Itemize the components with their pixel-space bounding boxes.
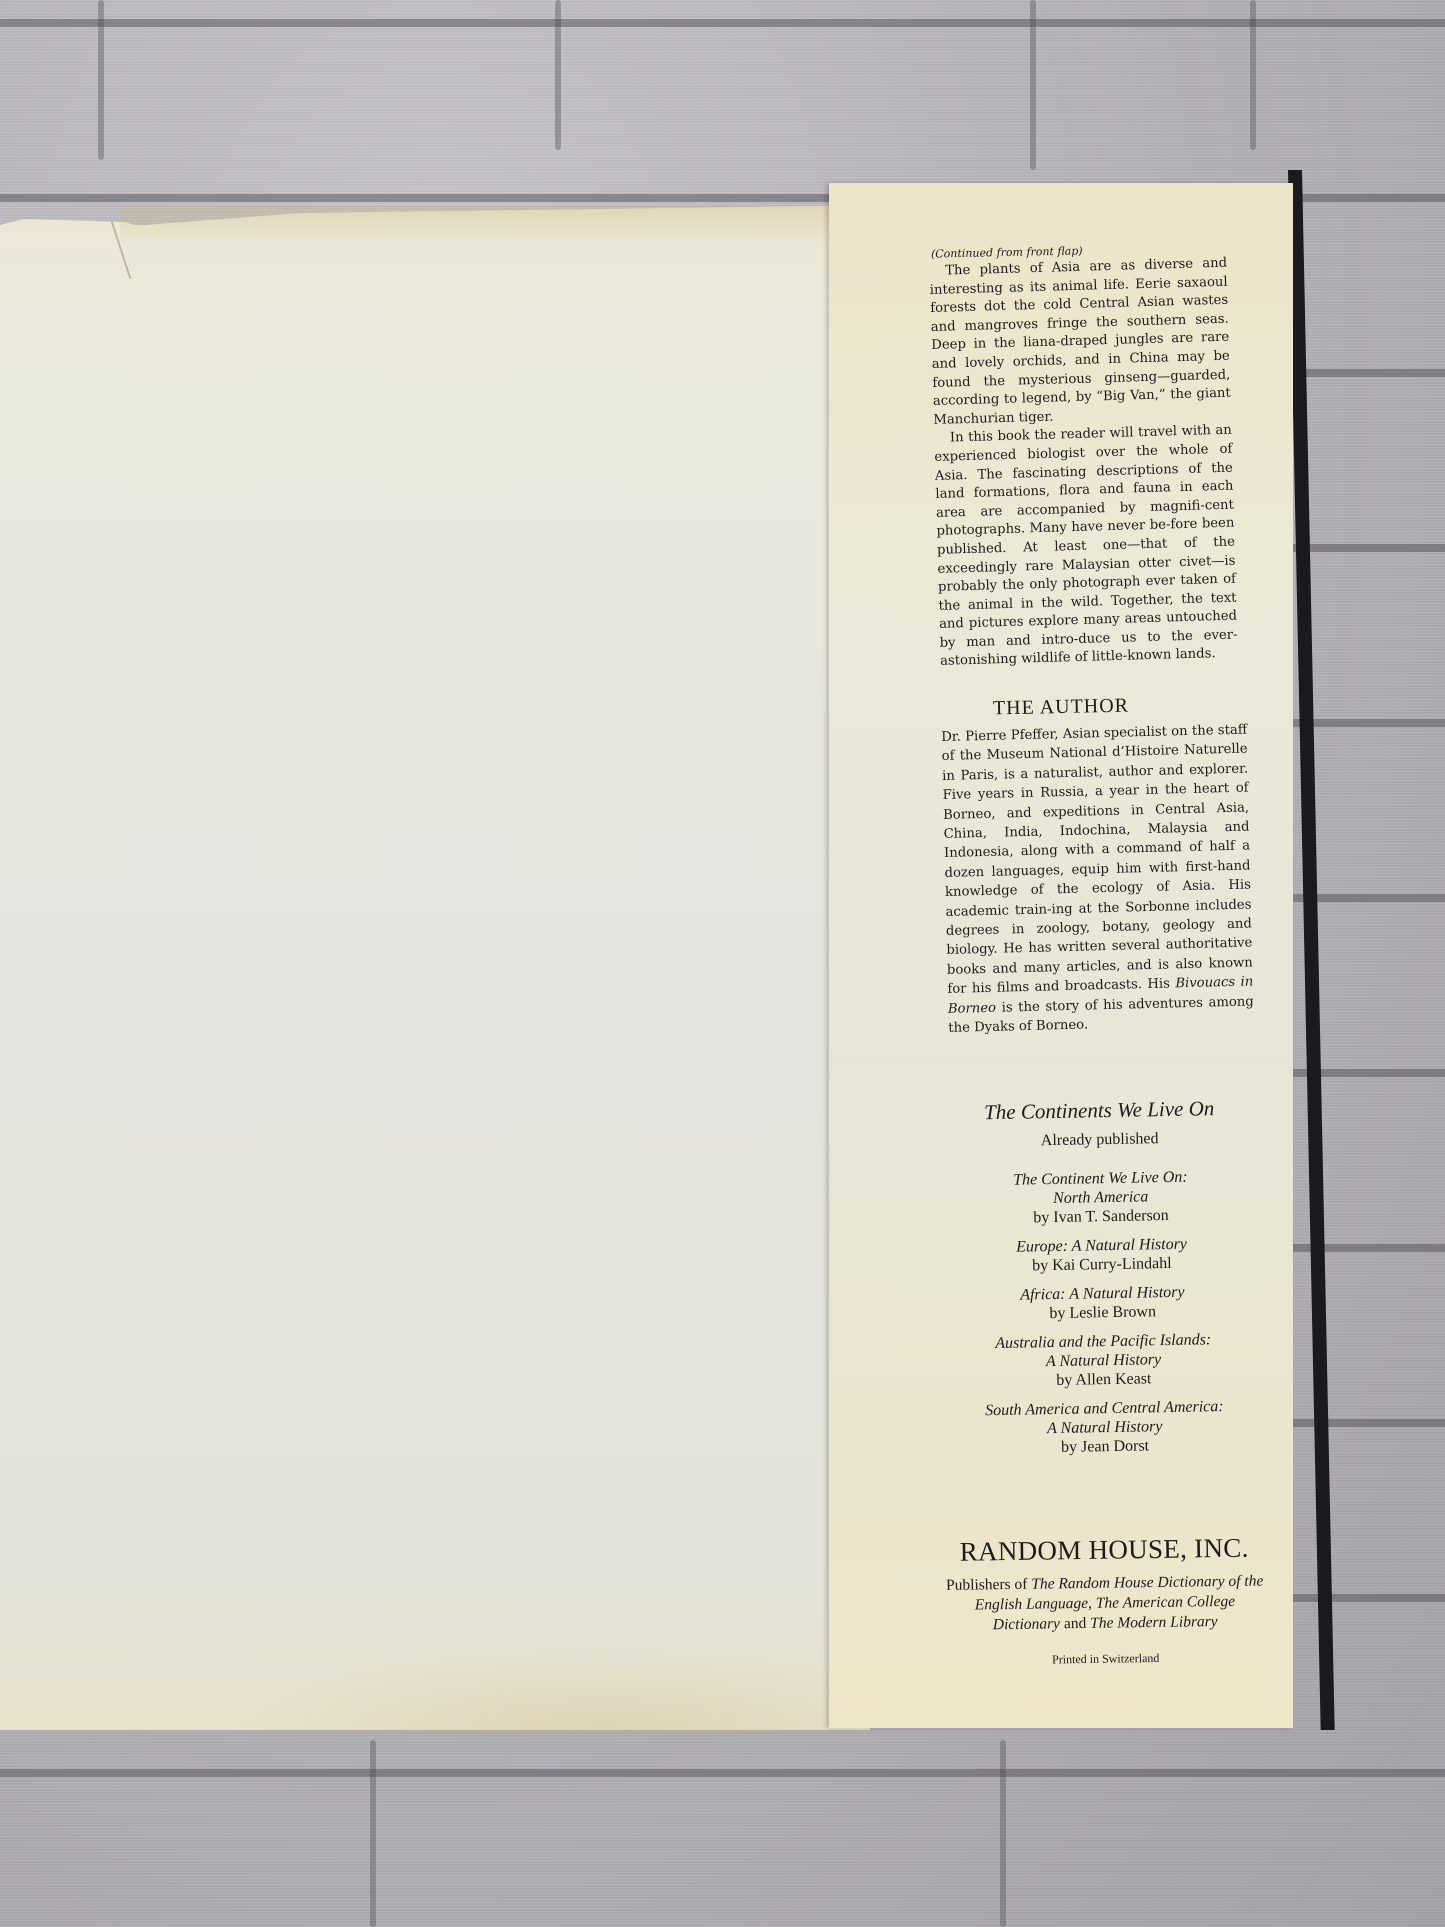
blurb-paragraph: The plants of Asia are as diverse and in… — [929, 255, 1232, 431]
brick-mortar-line — [1000, 1740, 1006, 1927]
brick-mortar-line — [98, 0, 104, 160]
publisher-desc-title: The Modern Library — [1090, 1613, 1218, 1632]
publisher-desc-text: and — [1060, 1615, 1090, 1632]
series-listing: The Continents We Live On Already publis… — [939, 1095, 1265, 1469]
brick-mortar-line — [370, 1740, 376, 1927]
publisher-name: RANDOM HOUSE, INC. — [939, 1532, 1269, 1568]
jacket-spine-edge — [1288, 170, 1335, 1730]
flap-blurb: The plants of Asia are as diverse and in… — [929, 255, 1238, 672]
book-entry: South America and Central America: A Nat… — [944, 1396, 1265, 1459]
continued-note: (Continued from front flap) — [931, 244, 1083, 260]
publisher-block: RANDOM HOUSE, INC. Publishers of The Ran… — [939, 1532, 1271, 1669]
series-subtitle: Already published — [940, 1128, 1260, 1152]
brick-mortar-line — [555, 0, 561, 150]
series-title: The Continents We Live On — [939, 1095, 1259, 1126]
author-bio-text: Dr. Pierre Pfeffer, Asian specialist on … — [941, 723, 1253, 998]
author-bio: Dr. Pierre Pfeffer, Asian specialist on … — [941, 721, 1254, 1039]
book-entry: Europe: A Natural History by Kai Curry-L… — [941, 1233, 1262, 1277]
publisher-description: Publishers of The Random House Dictionar… — [940, 1571, 1271, 1636]
publisher-desc-text: Publishers of — [946, 1576, 1031, 1594]
dust-jacket-inner-panel — [0, 205, 870, 1730]
book-entry: The Continent We Live On: North America … — [940, 1166, 1261, 1229]
printed-in-note: Printed in Switzerland — [941, 1649, 1271, 1669]
author-heading: THE AUTHOR — [829, 691, 1293, 724]
blurb-paragraph: In this book the reader will travel with… — [934, 422, 1239, 672]
book-entry: Australia and the Pacific Islands: A Nat… — [943, 1329, 1264, 1392]
book-list: The Continent We Live On: North America … — [940, 1166, 1265, 1459]
brick-mortar-line — [1250, 0, 1256, 150]
brick-mortar-line — [1030, 0, 1036, 170]
book-entry: Africa: A Natural History by Leslie Brow… — [942, 1281, 1263, 1325]
back-flap: (Continued from front flap) The plants o… — [829, 183, 1293, 1728]
